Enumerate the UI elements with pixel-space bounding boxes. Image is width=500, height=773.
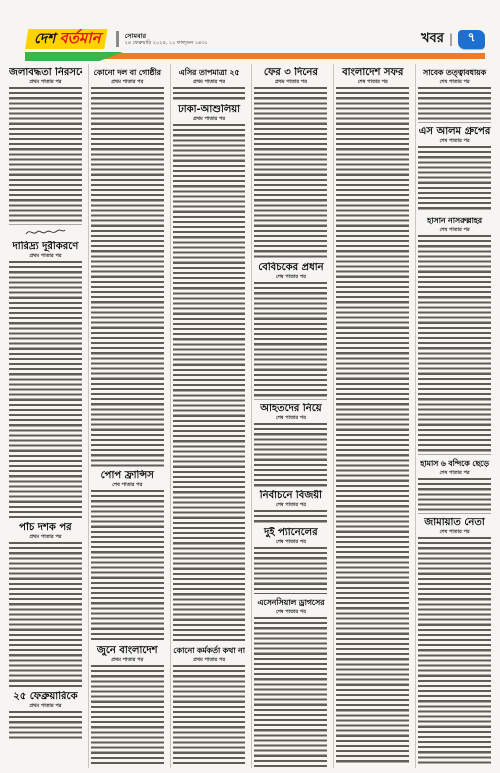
- article-body-text: [173, 665, 246, 765]
- article-body-text: [254, 547, 327, 594]
- article-headline: বেবিচকের প্রধান: [254, 262, 327, 273]
- article-body-text: [91, 665, 164, 765]
- continuation-byline: শেষ পাতার পর: [254, 502, 327, 508]
- continuation-byline: শেষ পাতার পর: [418, 79, 491, 85]
- article-body-text: [254, 617, 327, 767]
- continuation-byline: প্রথম পাতার পর: [254, 79, 327, 85]
- article-body-text: [254, 510, 327, 524]
- article-body-text: [254, 282, 327, 400]
- article-headline: নির্বাচনে বিজয়ী: [254, 490, 327, 501]
- article-body-text: [254, 423, 327, 487]
- article-body-text: [173, 124, 246, 642]
- article-body-text: [418, 537, 491, 765]
- continuation-byline: শেষ পাতার পর: [336, 79, 409, 85]
- article-body-text: [9, 711, 82, 741]
- signature-scribble: [9, 226, 82, 238]
- continuation-byline: শেষ পাতার পর: [254, 415, 327, 421]
- article-headline: সাবেক তত্ত্বাবধায়ক: [418, 67, 491, 78]
- continuation-byline: শেষ পাতার পর: [254, 274, 327, 280]
- continuation-byline: প্রথম পাতার পর: [91, 657, 164, 663]
- continuation-byline: শেষ পাতার পর: [254, 539, 327, 545]
- article-headline: ঢাকা-আশুলিয়া: [173, 104, 246, 115]
- article-headline: হামাস ৬ বন্দিকে ছেড়ে: [418, 458, 491, 469]
- newspaper-page: দেশ বর্তমান সোমবার ২৪ ফেব্রুয়ারি ২০২৫, …: [0, 0, 500, 773]
- news-column: সাবেক তত্ত্বাবধায়কশেষ পাতার পরএস আলম গ্…: [415, 64, 493, 768]
- continuation-byline: শেষ পাতার পর: [418, 470, 491, 476]
- article-headline: পাঁচ দশক পর: [9, 522, 82, 533]
- section-label: খবর: [421, 29, 444, 50]
- article-body-text: [418, 146, 491, 212]
- section-separator: |: [449, 32, 453, 46]
- continuation-byline: প্রথম পাতার পর: [9, 534, 82, 540]
- masthead-rule-bar: [25, 53, 485, 59]
- article-headline: এস আলম গ্রুপের: [418, 126, 491, 137]
- rule-bar-green-segment: [25, 52, 123, 61]
- article-body-text: [254, 87, 327, 259]
- continuation-byline: প্রথম পাতার পর: [9, 703, 82, 709]
- page-number-badge: ৭: [458, 30, 485, 49]
- date-label: ২৪ ফেব্রুয়ারি ২০২৫, ১১ ফাল্গুন ১৪৩১: [125, 40, 208, 46]
- article-body-text: [9, 87, 82, 225]
- news-column: ফের ৩ দিনেরপ্রথম পাতার পরবেবিচকের প্রধান…: [251, 64, 329, 768]
- masthead-divider: [116, 31, 119, 47]
- continuation-byline: শেষ পাতার পর: [418, 138, 491, 144]
- article-headline: দারিদ্র্য দূরীকরণে: [9, 241, 82, 252]
- article-headline: বাংলাদেশ সফর: [336, 67, 409, 78]
- masthead: দেশ বর্তমান সোমবার ২৪ ফেব্রুয়ারি ২০২৫, …: [25, 27, 485, 51]
- article-headline: ২৫ ফেব্রুয়ারিকে: [9, 691, 82, 702]
- news-column: কোনো দল বা গোষ্ঠীরপ্রথম পাতার পরপোপ ফ্রা…: [88, 64, 166, 768]
- article-body-text: [173, 87, 246, 101]
- dateline: সোমবার ২৪ ফেব্রুয়ারি ২০২৫, ১১ ফাল্গুন ১…: [125, 33, 208, 46]
- continuation-byline: প্রথম পাতার পর: [173, 116, 246, 122]
- logo-text-primary: দেশ: [34, 32, 55, 46]
- continuation-byline: শেষ পাতার পর: [418, 227, 491, 233]
- article-body-text: [91, 490, 164, 642]
- logo-text-secondary: বর্তমান: [59, 31, 100, 45]
- continuation-byline: প্রথম পাতার পর: [173, 657, 246, 663]
- article-body-text: [9, 542, 82, 688]
- article-headline: পোপ ফ্রান্সিস: [91, 470, 164, 481]
- columns: জলাবদ্ধতা নিরসনেপ্রথম পাতার পরদারিদ্র্য …: [7, 64, 493, 768]
- newspaper-logo: দেশ বর্তমান: [25, 29, 108, 49]
- article-headline: জামায়াত নেতা: [418, 517, 491, 528]
- article-headline: এসির তাপমাত্রা ২৫: [173, 67, 246, 78]
- article-body-text: [336, 87, 409, 765]
- continuation-byline: প্রথম পাতার পর: [9, 253, 82, 259]
- continuation-byline: শেষ পাতার পর: [254, 609, 327, 615]
- article-headline: কোনো কর্মকর্তা কথা না: [173, 645, 246, 656]
- news-column: জলাবদ্ধতা নিরসনেপ্রথম পাতার পরদারিদ্র্য …: [7, 64, 84, 768]
- article-headline: হাসান নাসরুল্লাহর: [418, 215, 491, 226]
- article-headline: আহতদের নিয়ে: [254, 403, 327, 414]
- weekday-label: সোমবার: [125, 33, 208, 40]
- article-headline: এসেনসিয়াল ড্রাগসের: [254, 597, 327, 608]
- news-column: বাংলাদেশ সফরশেষ পাতার পর: [333, 64, 411, 768]
- continuation-byline: প্রথম পাতার পর: [9, 79, 82, 85]
- continuation-byline: প্রথম পাতার পর: [173, 79, 246, 85]
- continuation-byline: প্রথম পাতার পর: [91, 79, 164, 85]
- article-headline: জলাবদ্ধতা নিরসনে: [9, 67, 82, 78]
- article-body-text: [418, 87, 491, 123]
- article-body-text: [418, 478, 491, 514]
- news-column: এসির তাপমাত্রা ২৫প্রথম পাতার পরঢাকা-আশুল…: [170, 64, 248, 768]
- article-headline: জুনে বাংলাদেশ: [91, 645, 164, 656]
- continuation-byline: শেষ পাতার পর: [91, 482, 164, 488]
- article-body-text: [91, 87, 164, 467]
- article-headline: দুই প্যানেলের: [254, 527, 327, 538]
- article-headline: কোনো দল বা গোষ্ঠীর: [91, 67, 164, 78]
- article-body-text: [418, 235, 491, 455]
- article-headline: ফের ৩ দিনের: [254, 67, 327, 78]
- section-header: খবর | ৭: [421, 29, 485, 50]
- article-body-text: [9, 261, 82, 519]
- continuation-byline: শেষ পাতার পর: [418, 529, 491, 535]
